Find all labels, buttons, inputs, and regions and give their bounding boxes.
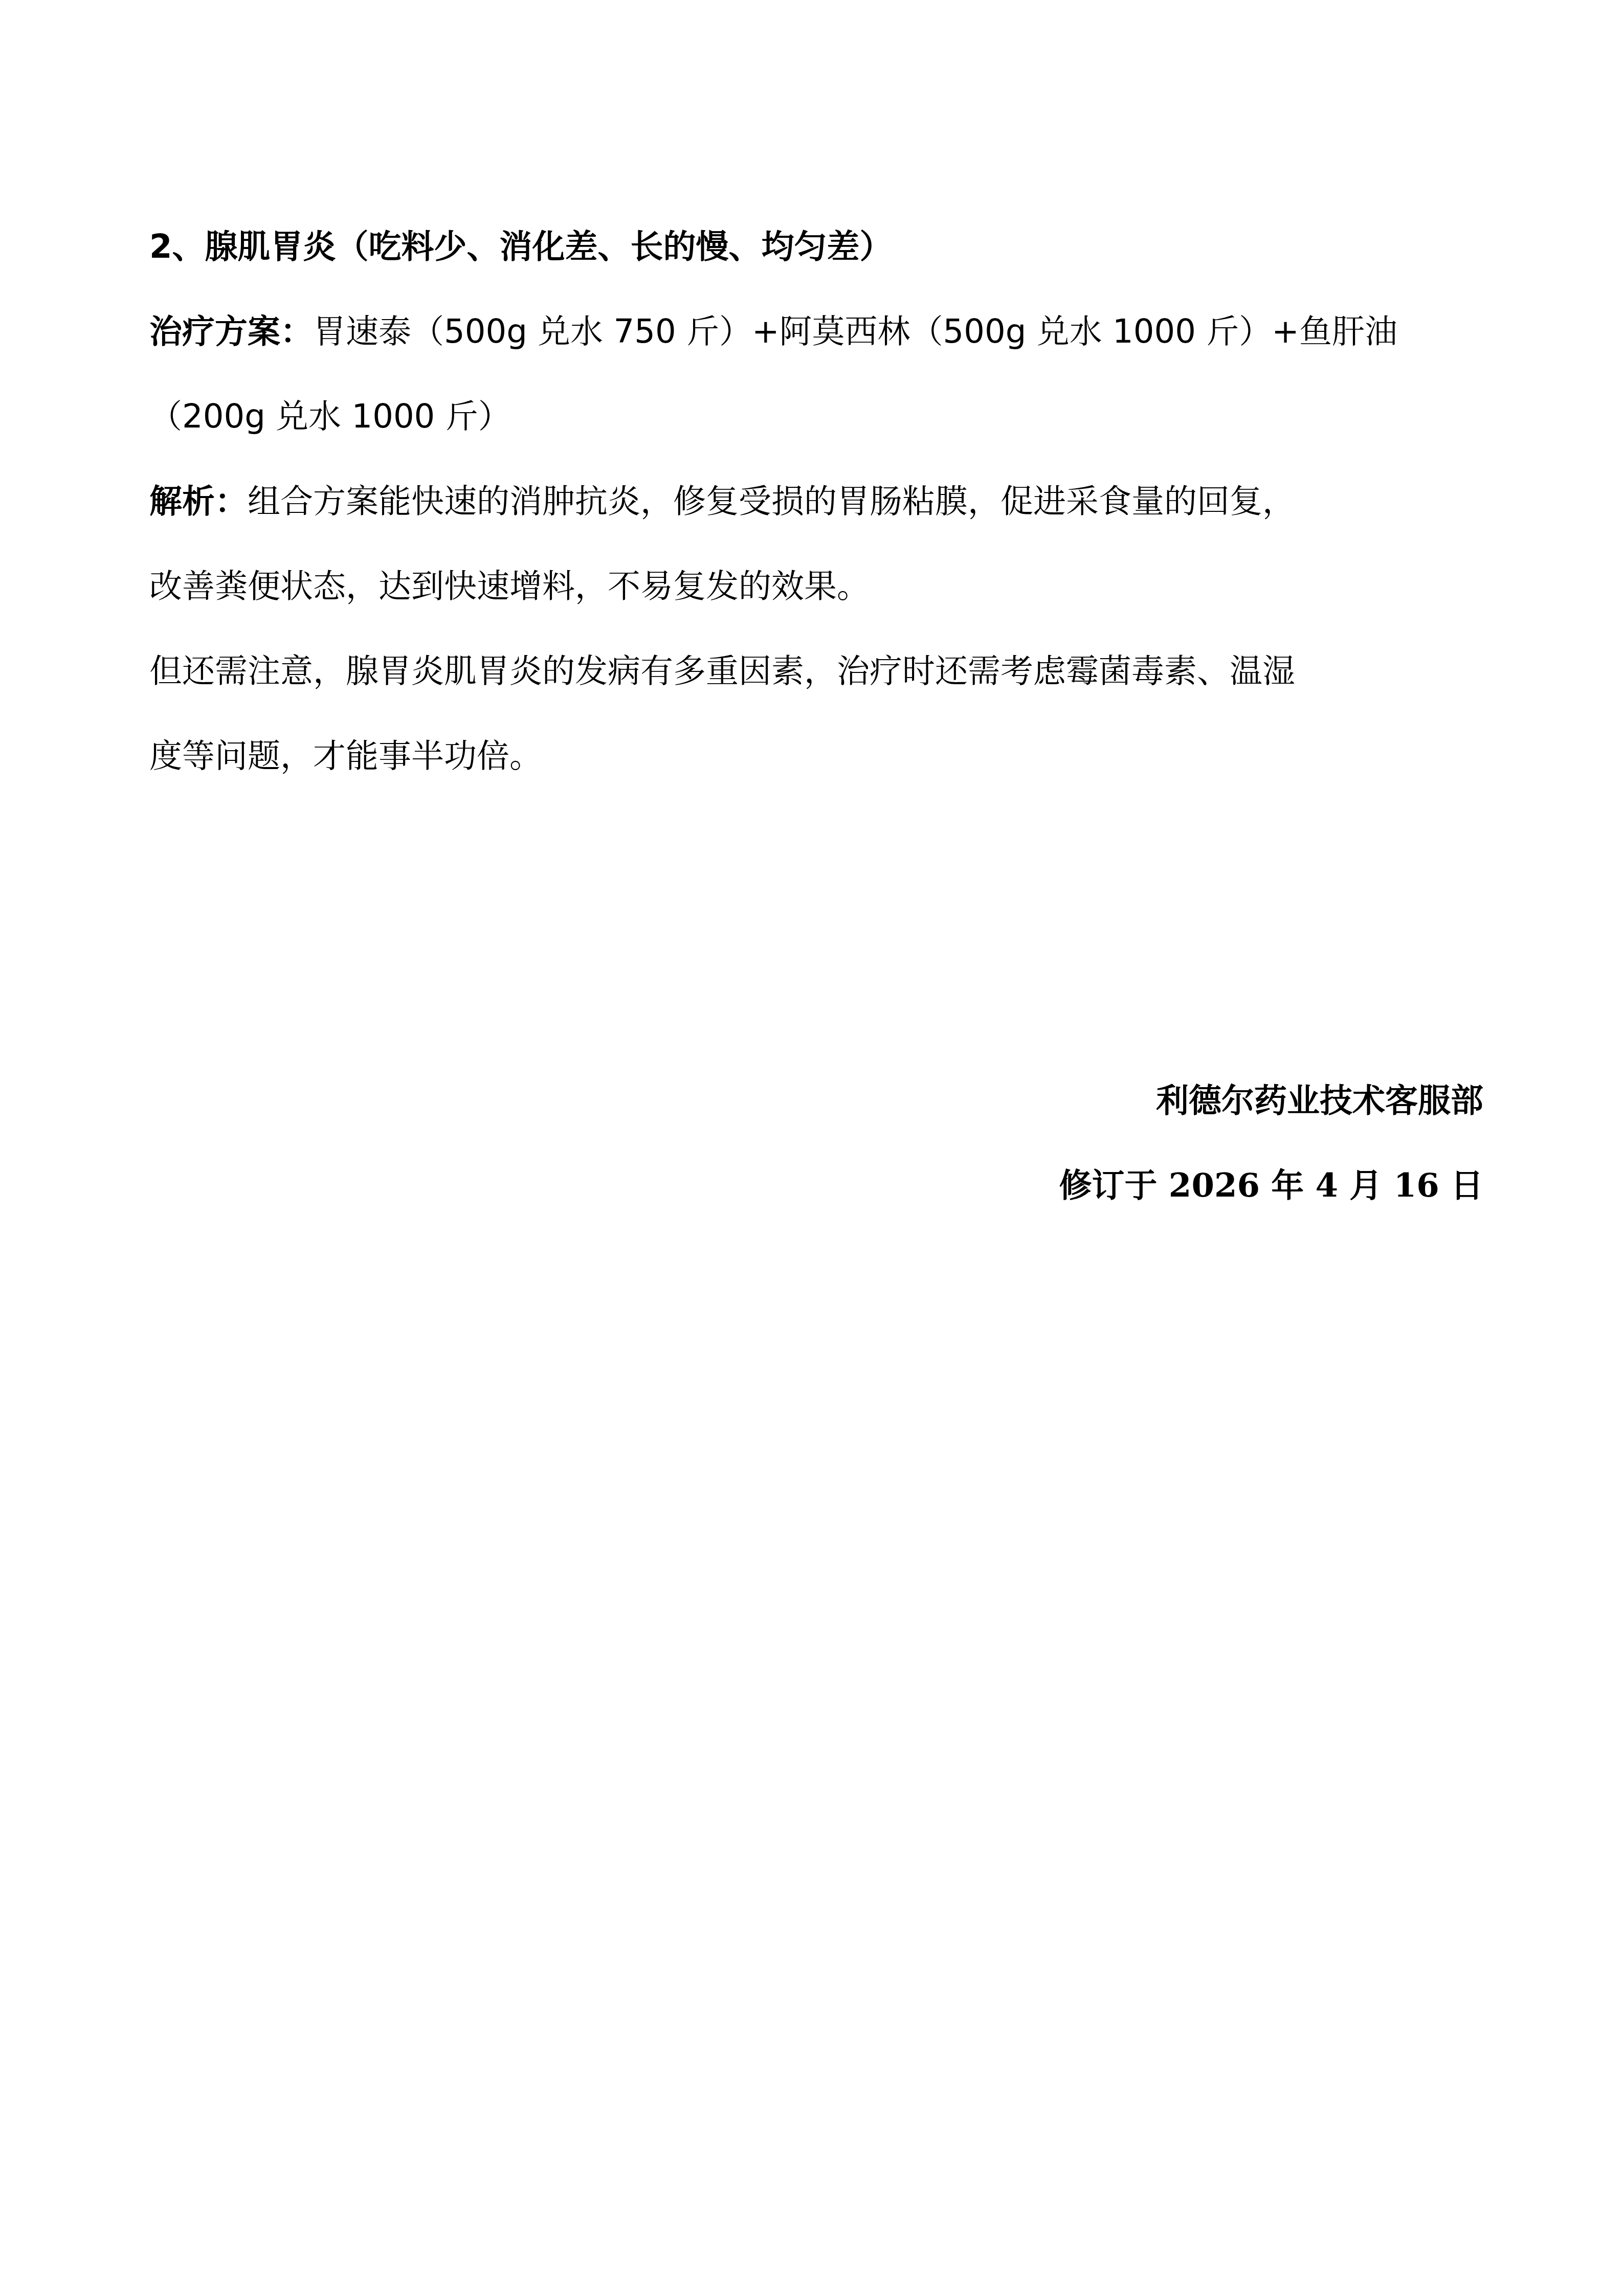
treatment-text-1: 胃速泰（500g 兑水 750 斤）+阿莫西林（500g 兑水 1000 斤）+… xyxy=(313,313,1397,351)
treatment-paragraph-line-1: 治疗方案：胃速泰（500g 兑水 750 斤）+阿莫西林（500g 兑水 100… xyxy=(149,289,1484,374)
note-text-1: 但还需注意，腺胃炎肌胃炎的发病有多重因素，治疗时还需考虑霉菌毒素、温湿 xyxy=(149,652,1295,690)
analysis-paragraph-line-1: 解析：组合方案能快速的消肿抗炎，修复受损的胃肠粘膜，促进采食量的回复， xyxy=(149,459,1484,544)
treatment-paragraph-line-2: （200g 兑水 1000 斤） xyxy=(149,374,1484,459)
note-text-2: 度等问题，才能事半功倍。 xyxy=(149,737,542,775)
department-name: 利德尔药业技术客服部 xyxy=(1059,1059,1483,1143)
analysis-text-2: 改善粪便状态，达到快速增料，不易复发的效果。 xyxy=(149,568,870,605)
note-paragraph-line-1: 但还需注意，腺胃炎肌胃炎的发病有多重因素，治疗时还需考虑霉菌毒素、温湿 xyxy=(149,629,1484,714)
signature-block: 利德尔药业技术客服部 修订于 2026 年 4 月 16 日 xyxy=(1059,1059,1483,1228)
analysis-paragraph-line-2: 改善粪便状态，达到快速增料，不易复发的效果。 xyxy=(149,544,1484,629)
analysis-label: 解析： xyxy=(149,483,248,521)
revision-date: 修订于 2026 年 4 月 16 日 xyxy=(1059,1143,1483,1228)
treatment-text-2: （200g 兑水 1000 斤） xyxy=(149,398,511,436)
treatment-label: 治疗方案： xyxy=(149,313,313,351)
analysis-text-1: 组合方案能快速的消肿抗炎，修复受损的胃肠粘膜，促进采食量的回复， xyxy=(248,483,1295,521)
document-page: 2、腺肌胃炎（吃料少、消化差、长的慢、均匀差） 治疗方案：胃速泰（500g 兑水… xyxy=(0,0,1624,2296)
section-heading: 2、腺肌胃炎（吃料少、消化差、长的慢、均匀差） xyxy=(149,205,1484,289)
note-paragraph-line-2: 度等问题，才能事半功倍。 xyxy=(149,714,1484,799)
document-body: 2、腺肌胃炎（吃料少、消化差、长的慢、均匀差） 治疗方案：胃速泰（500g 兑水… xyxy=(149,205,1484,799)
